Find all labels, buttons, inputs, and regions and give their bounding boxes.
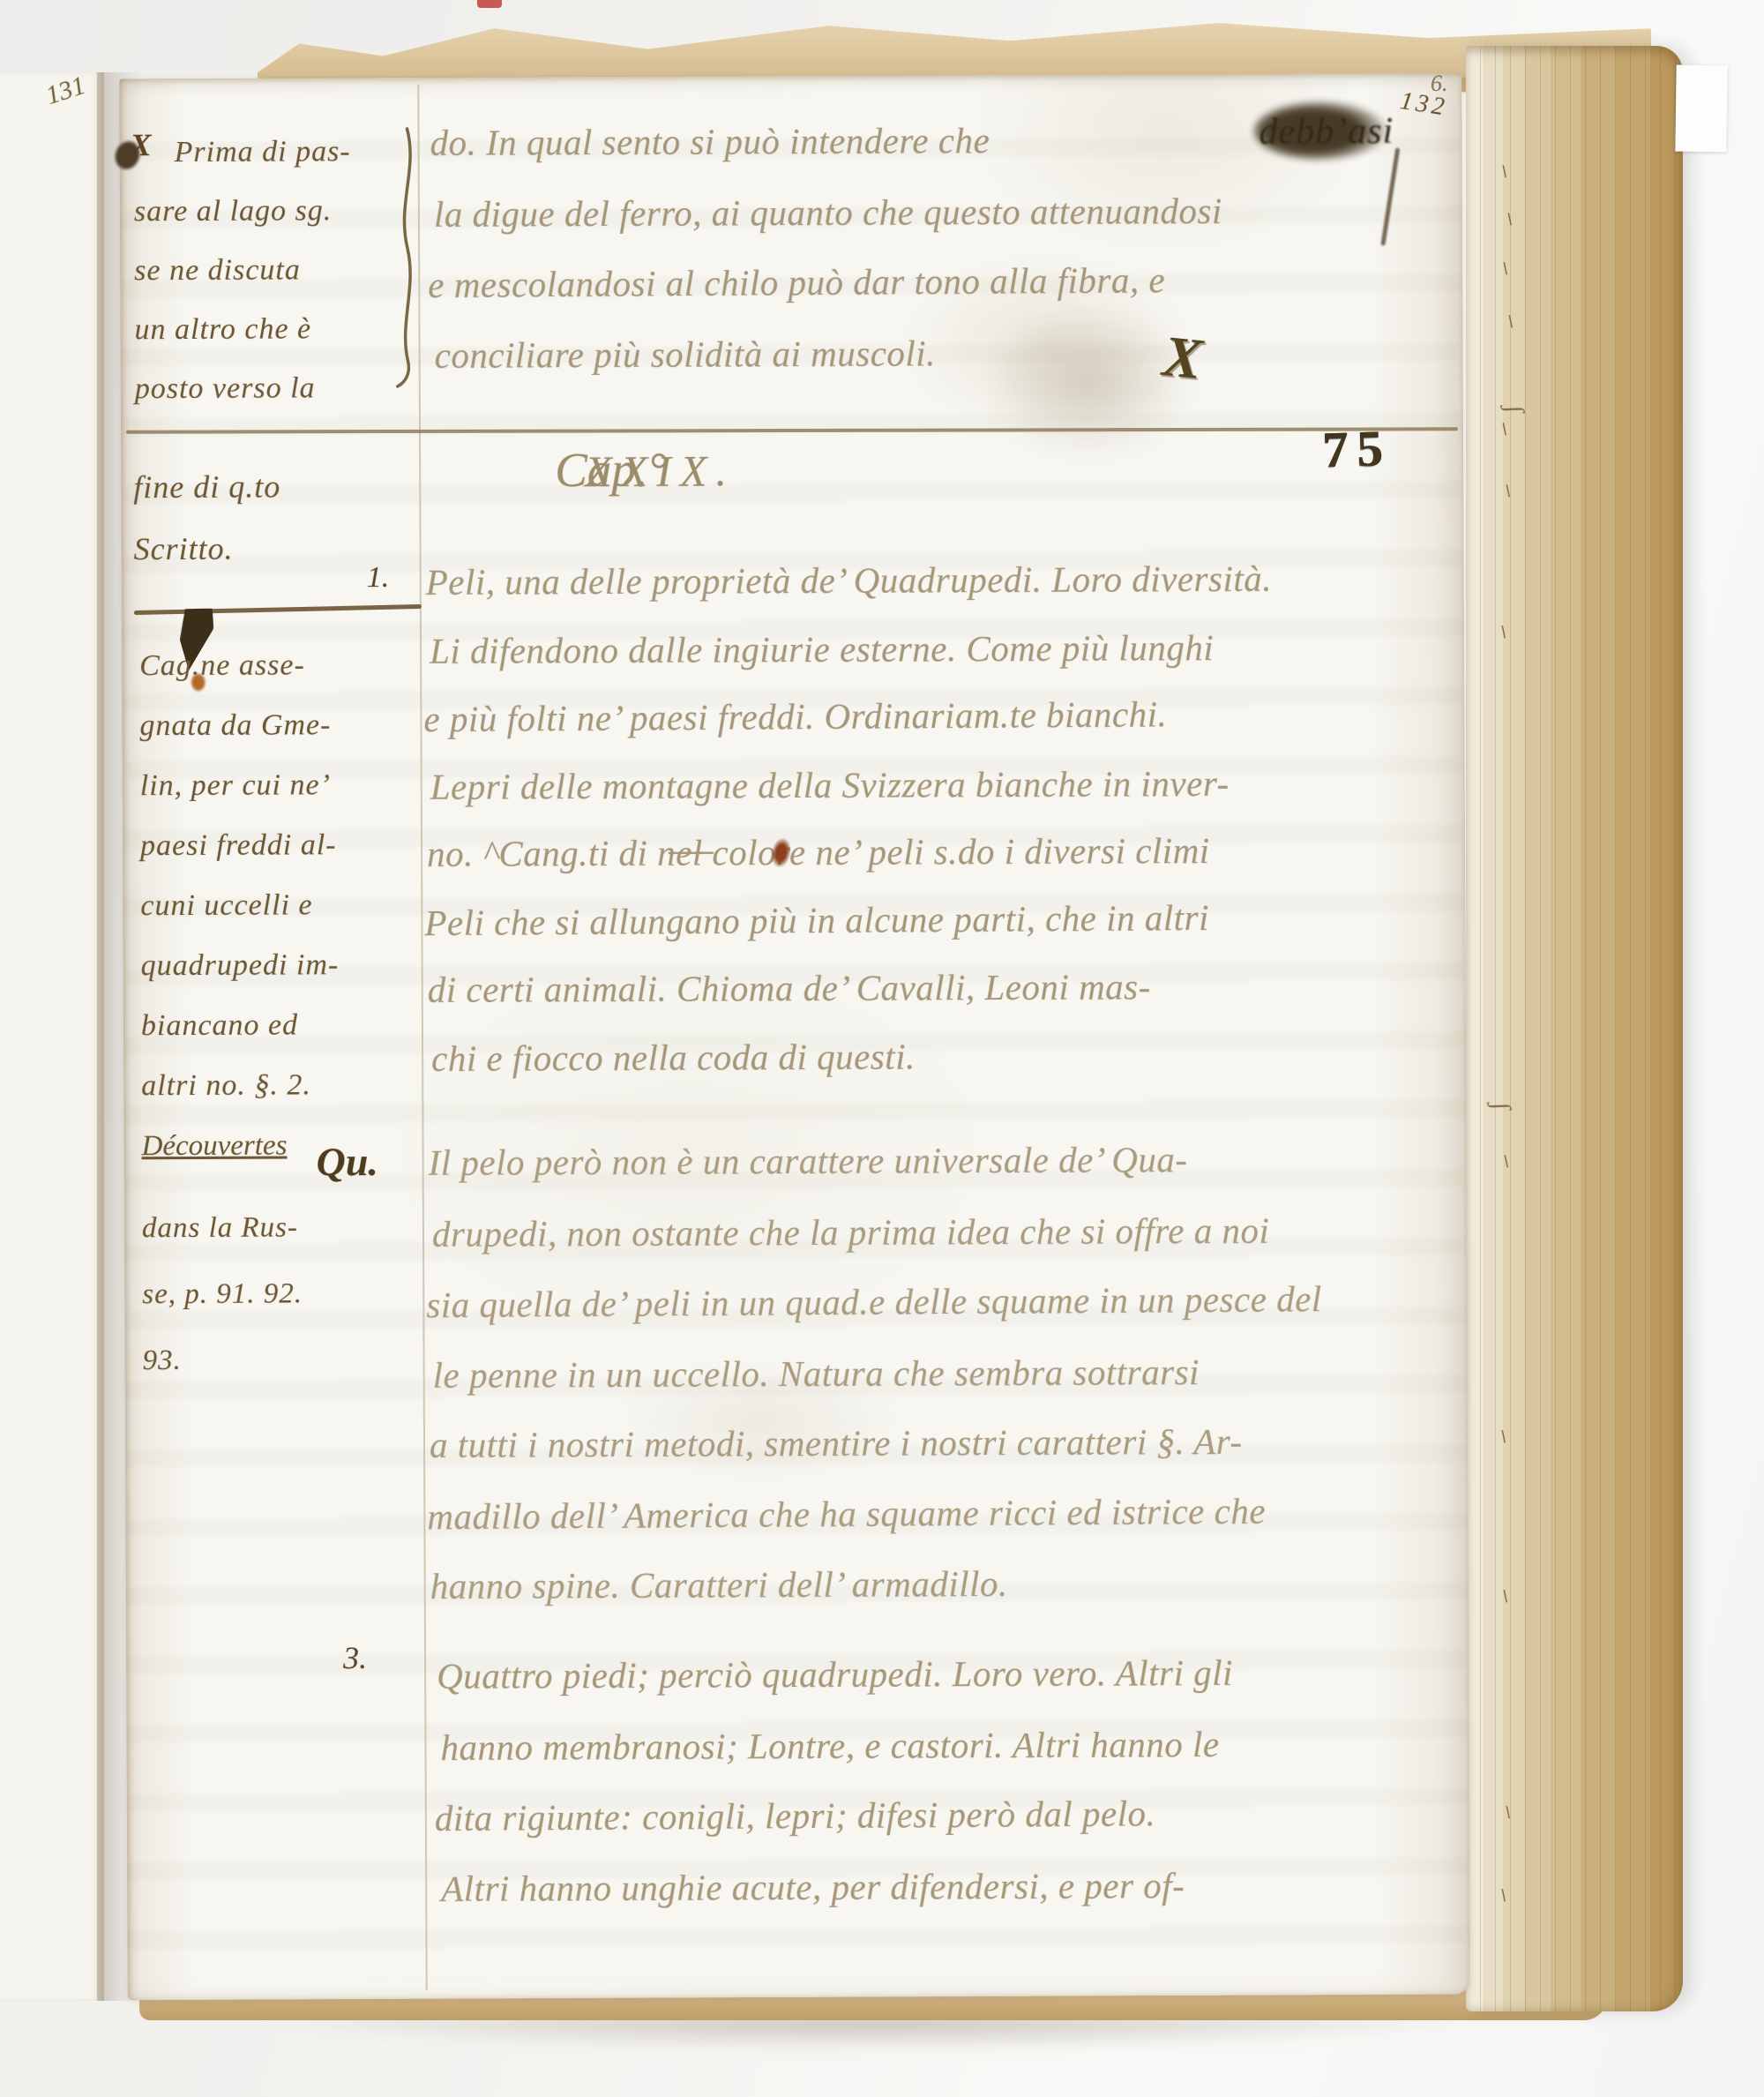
manuscript-text-line: Li difendono dalle ingiurie esterne. Com… (430, 614, 1276, 685)
manuscript-text-line: do. In qual sento si può intendere che (430, 104, 1218, 178)
margin-note-d: dans la Rus-se, p. 91. 92.93. (142, 1195, 303, 1394)
margin-overlay-initials: Qu. (316, 1138, 378, 1185)
manuscript-text-line: Peli che si allungano più in alcune part… (424, 883, 1271, 957)
ink-smudge (980, 305, 1197, 461)
manuscript-text-line: sia quella de’ peli in un quad.e delle s… (426, 1263, 1322, 1340)
margin-note-line: cuni uccelli e (140, 875, 339, 936)
margin-note-line: altri no. §. 2. (141, 1055, 340, 1116)
manuscript-text-line: no. ^Cang.ti di n̶e̶l̶ colore ne’ peli s… (427, 817, 1274, 888)
margin-note-line: biancano ed (141, 995, 340, 1056)
page-number-stamp: 75 (1321, 418, 1392, 479)
edge-number: 6. (1431, 71, 1448, 97)
margin-number-1: 1. (367, 561, 390, 595)
margin-note-line: quadrupedi im- (140, 935, 339, 996)
manuscript-text-line: di certi animali. Chioma de’ Cavalli, Le… (428, 953, 1274, 1024)
manuscript-text-line: madillo dell’ America che ha squame ricc… (427, 1475, 1323, 1552)
margin-number-3: 3. (343, 1639, 367, 1676)
inked-over-word: debb’asi (1253, 96, 1421, 178)
paragraph-1: Peli, una delle proprietà de’ Quadrupedi… (426, 545, 1274, 1092)
margin-bracket-line (380, 125, 420, 390)
margin-note-line: Scritto. (133, 518, 280, 580)
manuscript-text-line: chi e fiocco nella coda di questi. (431, 1022, 1278, 1093)
inked-over-word-text: debb’asi (1259, 110, 1394, 154)
margin-note-c: Cag.ne asse-gnata da Gme-lin, per cui ne… (139, 635, 340, 1116)
faint-stain (619, 1363, 902, 1479)
margin-note-line: 93. (142, 1327, 303, 1394)
manuscript-text-line: Altri hanno unghie acute, per difendersi… (441, 1850, 1237, 1924)
manuscript-text-line: Il pelo però non è un carattere universa… (428, 1123, 1324, 1197)
manuscript-text-line: drupedi, non ostante che la prima idea c… (432, 1195, 1328, 1269)
margin-note-line: se ne discuta (134, 240, 416, 300)
paragraph-3: Quattro piedi; perciò quadrupedi. Loro v… (437, 1637, 1234, 1923)
brown-spot (191, 673, 206, 692)
chapter-label: Cap.° (555, 442, 668, 498)
manuscript-text-line: Quattro piedi; perciò quadrupedi. Loro v… (437, 1637, 1233, 1711)
folio-number-left: 131 (42, 71, 89, 111)
margin-note-line: posto verso la (135, 358, 417, 418)
margin-note-line: un altro che è (134, 299, 416, 359)
margin-note-line: fine di q.to (133, 456, 280, 519)
book-shadow (58, 2017, 1695, 2064)
margin-note-line: lin, per cui ne’ (140, 755, 339, 816)
white-bookmark-tab (1675, 65, 1727, 153)
margin-note-a: Prima di pas-sare al lago sg.se ne discu… (133, 122, 416, 418)
margin-note-line: se, p. 91. 92. (142, 1261, 303, 1328)
manuscript-text-line: e più folti ne’ paesi freddi. Ordinariam… (423, 679, 1270, 753)
manuscript-text-line: hanno spine. Caratteri dell’ armadillo. (430, 1547, 1327, 1621)
red-edge-mark (477, 0, 502, 8)
margin-reference-title: Découvertes (141, 1130, 287, 1164)
margin-note-line: sare al lago sg. (134, 181, 416, 241)
manuscript-text-line: dita rigiunte: conigli, lepri; difesi pe… (435, 1778, 1231, 1854)
manuscript-text-line: Peli, una delle proprietà de’ Quadrupedi… (426, 545, 1273, 617)
margin-note-line: gnata da Gme- (139, 695, 338, 756)
chapter-heading: Cap.°XXIX. (555, 441, 736, 498)
manuscript-page: 132 75 debb’asi X do. In qual sento si p… (119, 73, 1469, 2001)
facing-page-edge: 131 gonevaua fecontim quioseme dàa confo… (0, 72, 104, 2001)
margin-note-line: Cag.ne asse- (139, 635, 338, 696)
manuscript-text-line: la digue del ferro, ai quanto che questo… (434, 176, 1222, 250)
page-fore-edges (1466, 46, 1683, 2011)
manuscript-text-line: hanno membranosi; Lontre, e castori. Alt… (440, 1709, 1237, 1783)
margin-note-line: dans la Rus- (142, 1195, 303, 1262)
margin-note-line: paesi freddi al- (140, 815, 339, 876)
manuscript-photo: 131 gonevaua fecontim quioseme dàa confo… (0, 0, 1764, 2097)
manuscript-text-line: Lepri delle montagne della Svizzera bian… (430, 750, 1277, 821)
margin-note-b: fine di q.toScritto. (133, 456, 281, 580)
